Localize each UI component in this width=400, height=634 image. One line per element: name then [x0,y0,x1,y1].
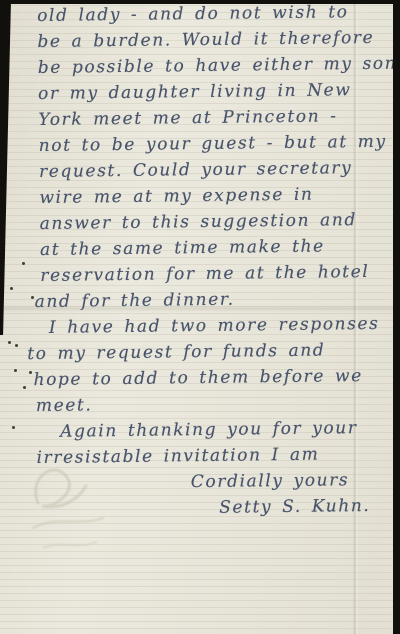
letter-line: request. Could your secretary [39,155,399,185]
scanned-letter-page: { "page": { "background_color": "#141410… [0,0,400,634]
ink-speck [8,341,11,344]
letter-line: or my daughter living in New [38,77,398,107]
ink-speck [22,262,25,265]
handwritten-letter-text: old lady - and do not wish to be a burde… [37,0,400,523]
letter-line: reservation for me at the hotel [40,259,400,289]
ink-speck [15,344,18,347]
scan-edge-top [0,0,400,4]
ink-bleedthrough-marks [8,448,138,568]
ink-speck [29,371,32,374]
letter-signature: Setty S. Kuhn. [219,493,400,521]
letter-line: hope to add to them before we [33,363,400,393]
letter-line: answer to this suggestion and [40,207,400,237]
ink-speck [12,426,15,429]
ink-speck [14,369,17,372]
letter-line: I have had two more responses [49,311,400,341]
ink-speck [23,386,26,389]
ink-speck [31,296,34,299]
letter-line: Again thanking you for your [60,415,400,445]
letter-closing: Cordially yours [191,467,400,496]
scan-edge-right [393,0,400,634]
ink-speck [10,287,13,290]
